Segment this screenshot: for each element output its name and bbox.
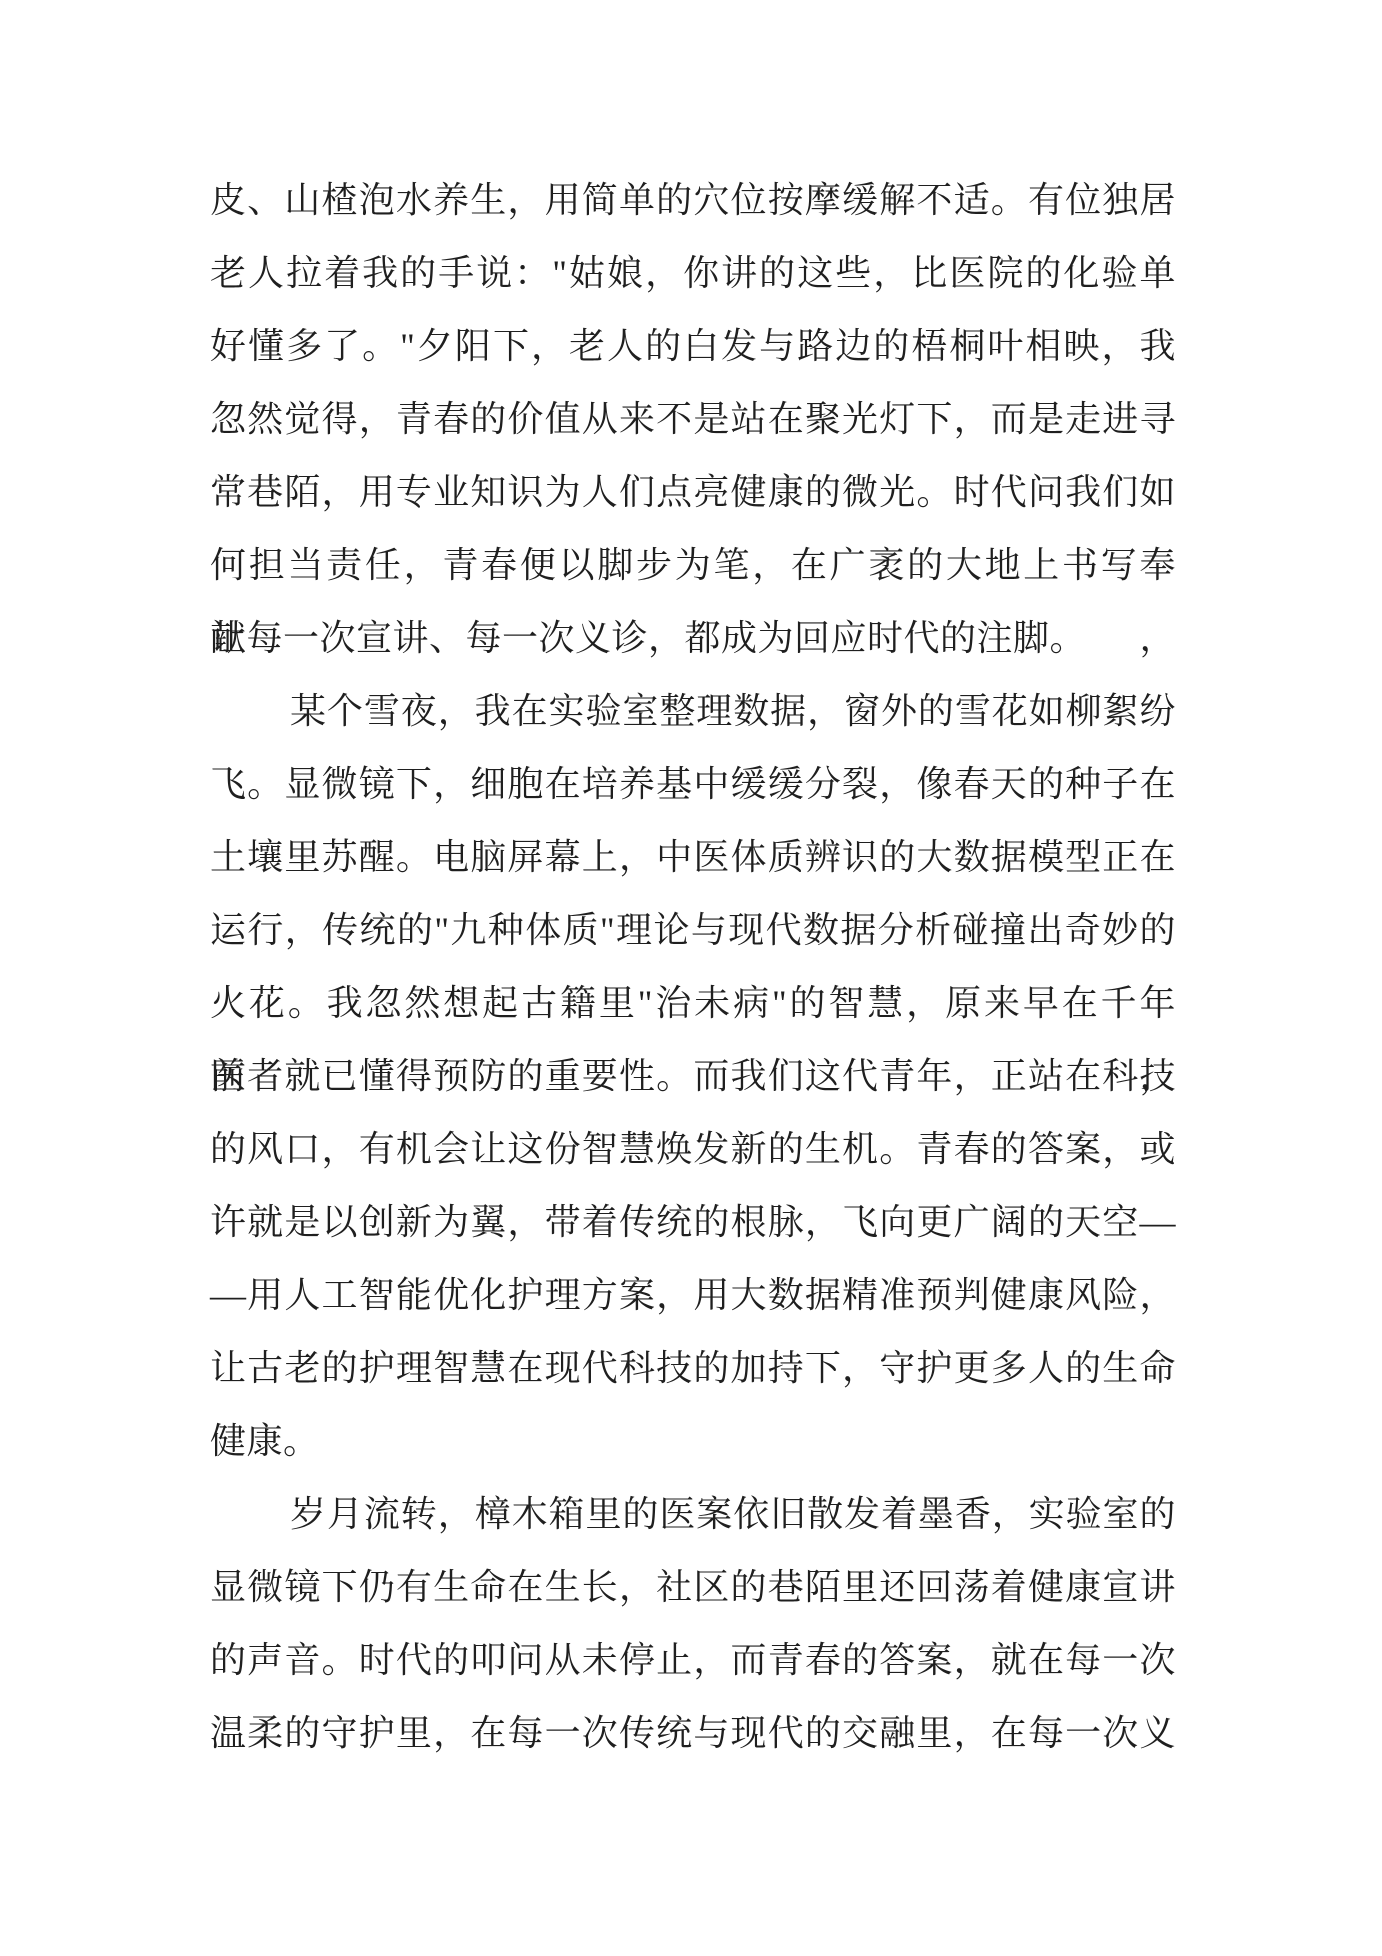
text-line-p1-6: 何担当责任，青春便以脚步为笔，在广袤的大地上书写奉献， [210,529,1176,602]
document-page: 皮、山楂泡水养生，用简单的穴位按摩缓解不适。有位独居老人拉着我的手说："姑娘，你… [0,0,1382,1956]
text-line-p2-8: 许就是以创新为翼，带着传统的根脉，飞向更广阔的天空— [210,1186,1176,1259]
text-line-p3-3: 的声音。时代的叩问从未停止，而青春的答案，就在每一次 [210,1624,1176,1697]
text-line-p2-4: 运行，传统的"九种体质"理论与现代数据分析碰撞出奇妙的 [210,894,1176,967]
text-line-p2-10: 让古老的护理智慧在现代科技的加持下，守护更多人的生命 [210,1332,1176,1405]
text-line-p2-7: 的风口，有机会让这份智慧焕发新的生机。青春的答案，或 [210,1113,1176,1186]
text-line-p1-5: 常巷陌，用专业知识为人们点亮健康的微光。时代问我们如 [210,456,1176,529]
text-line-p3-4: 温柔的守护里，在每一次传统与现代的交融里，在每一次义 [210,1697,1176,1770]
text-line-p1-2: 老人拉着我的手说："姑娘，你讲的这些，比医院的化验单 [210,237,1176,310]
text-line-p2-11: 健康。 [210,1405,1176,1478]
text-line-p1-4: 忽然觉得，青春的价值从来不是站在聚光灯下，而是走进寻 [210,383,1176,456]
text-line-p2-5: 火花。我忽然想起古籍里"治未病"的智慧，原来早在千年前， [210,967,1176,1040]
text-line-p2-2: 飞。显微镜下，细胞在培养基中缓缓分裂，像春天的种子在 [210,748,1176,821]
essay-text-block: 皮、山楂泡水养生，用简单的穴位按摩缓解不适。有位独居老人拉着我的手说："姑娘，你… [210,164,1176,1770]
text-line-p2-6: 医者就已懂得预防的重要性。而我们这代青年，正站在科技 [210,1040,1176,1113]
text-line-p3-2: 显微镜下仍有生命在生长，社区的巷陌里还回荡着健康宣讲 [210,1551,1176,1624]
text-line-p2-3: 土壤里苏醒。电脑屏幕上，中医体质辨识的大数据模型正在 [210,821,1176,894]
text-line-p2-1: 某个雪夜，我在实验室整理数据，窗外的雪花如柳絮纷 [210,675,1176,748]
text-line-p3-1: 岁月流转，樟木箱里的医案依旧散发着墨香，实验室的 [210,1478,1176,1551]
text-line-p1-1: 皮、山楂泡水养生，用简单的穴位按摩缓解不适。有位独居 [210,164,1176,237]
text-line-p1-7: 让每一次宣讲、每一次义诊，都成为回应时代的注脚。 [210,602,1176,675]
text-line-p1-3: 好懂多了。"夕阳下，老人的白发与路边的梧桐叶相映，我 [210,310,1176,383]
text-line-p2-9: —用人工智能优化护理方案，用大数据精准预判健康风险， [210,1259,1176,1332]
